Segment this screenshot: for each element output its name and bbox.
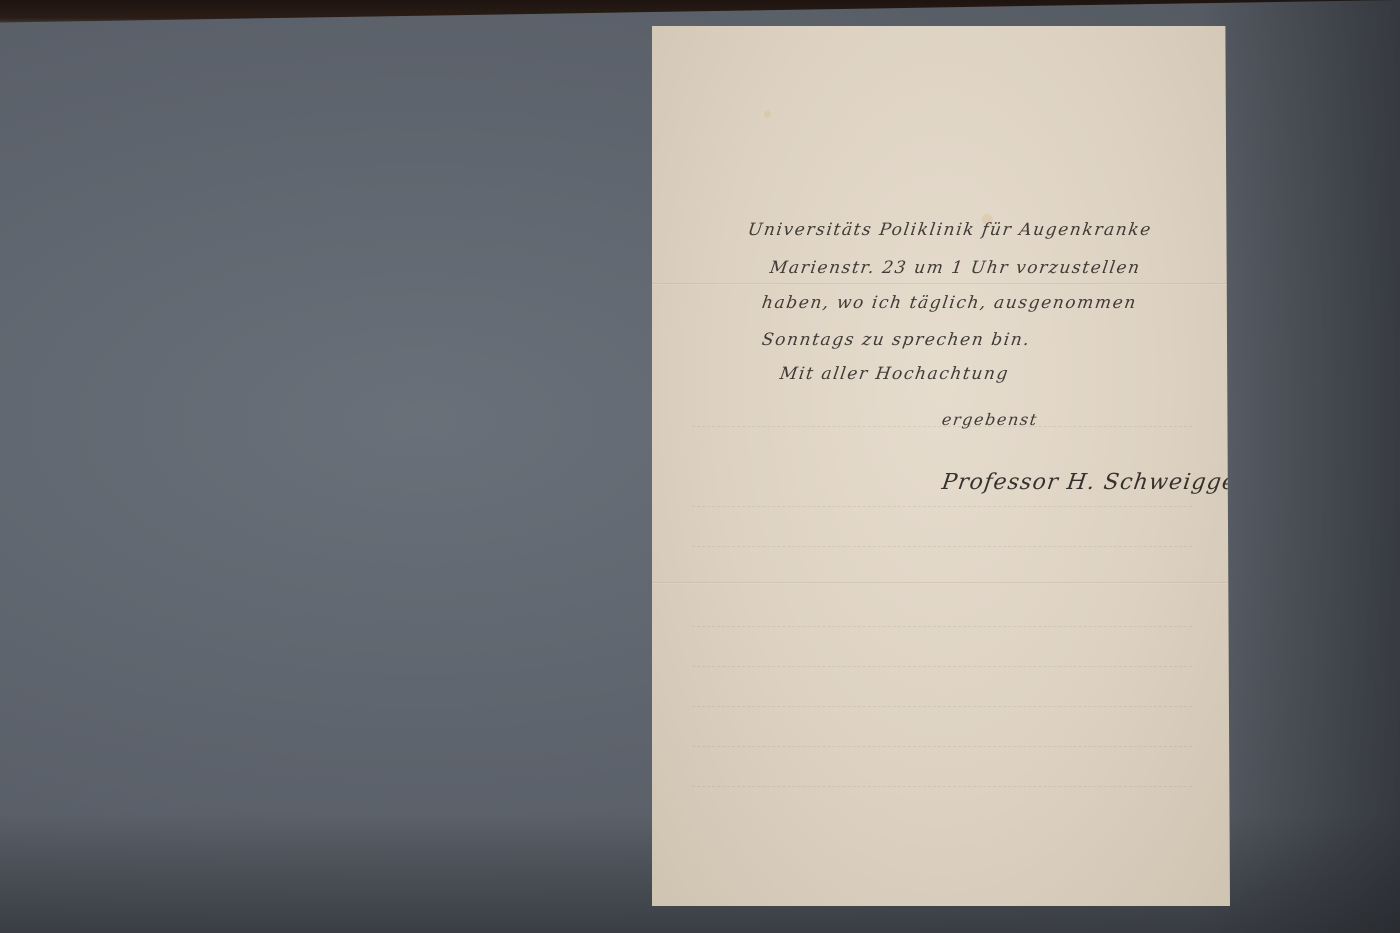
letter-line-4: Sonntags zu sprechen bin. [761,330,1032,350]
ink-bleed-through [692,786,1192,801]
letter-line-5: Mit aller Hochachtung [779,364,1011,384]
letter-line-3: haben, wo ich täglich, ausgenommen [761,293,1139,313]
ink-bleed-through [692,506,1192,521]
ink-bleed-through [692,666,1192,681]
letter-line-2: Marienstr. 23 um 1 Uhr vorzustellen [769,258,1142,278]
letter-signature: Professor H. Schweigger. [940,470,1255,495]
letter-line-1: Universitäts Poliklinik für Augenkranke [747,220,1154,240]
paper-fold-lower [652,582,1230,584]
ink-bleed-through [692,746,1192,761]
letter-paper: Universitäts Poliklinik für Augenkranke … [652,26,1230,906]
letter-closing: ergebenst [941,410,1040,429]
ink-bleed-through [692,546,1192,561]
ink-bleed-through [692,706,1192,721]
ink-bleed-through [692,626,1192,641]
paper-fold-upper [652,283,1230,285]
shadow-right [1200,0,1400,933]
